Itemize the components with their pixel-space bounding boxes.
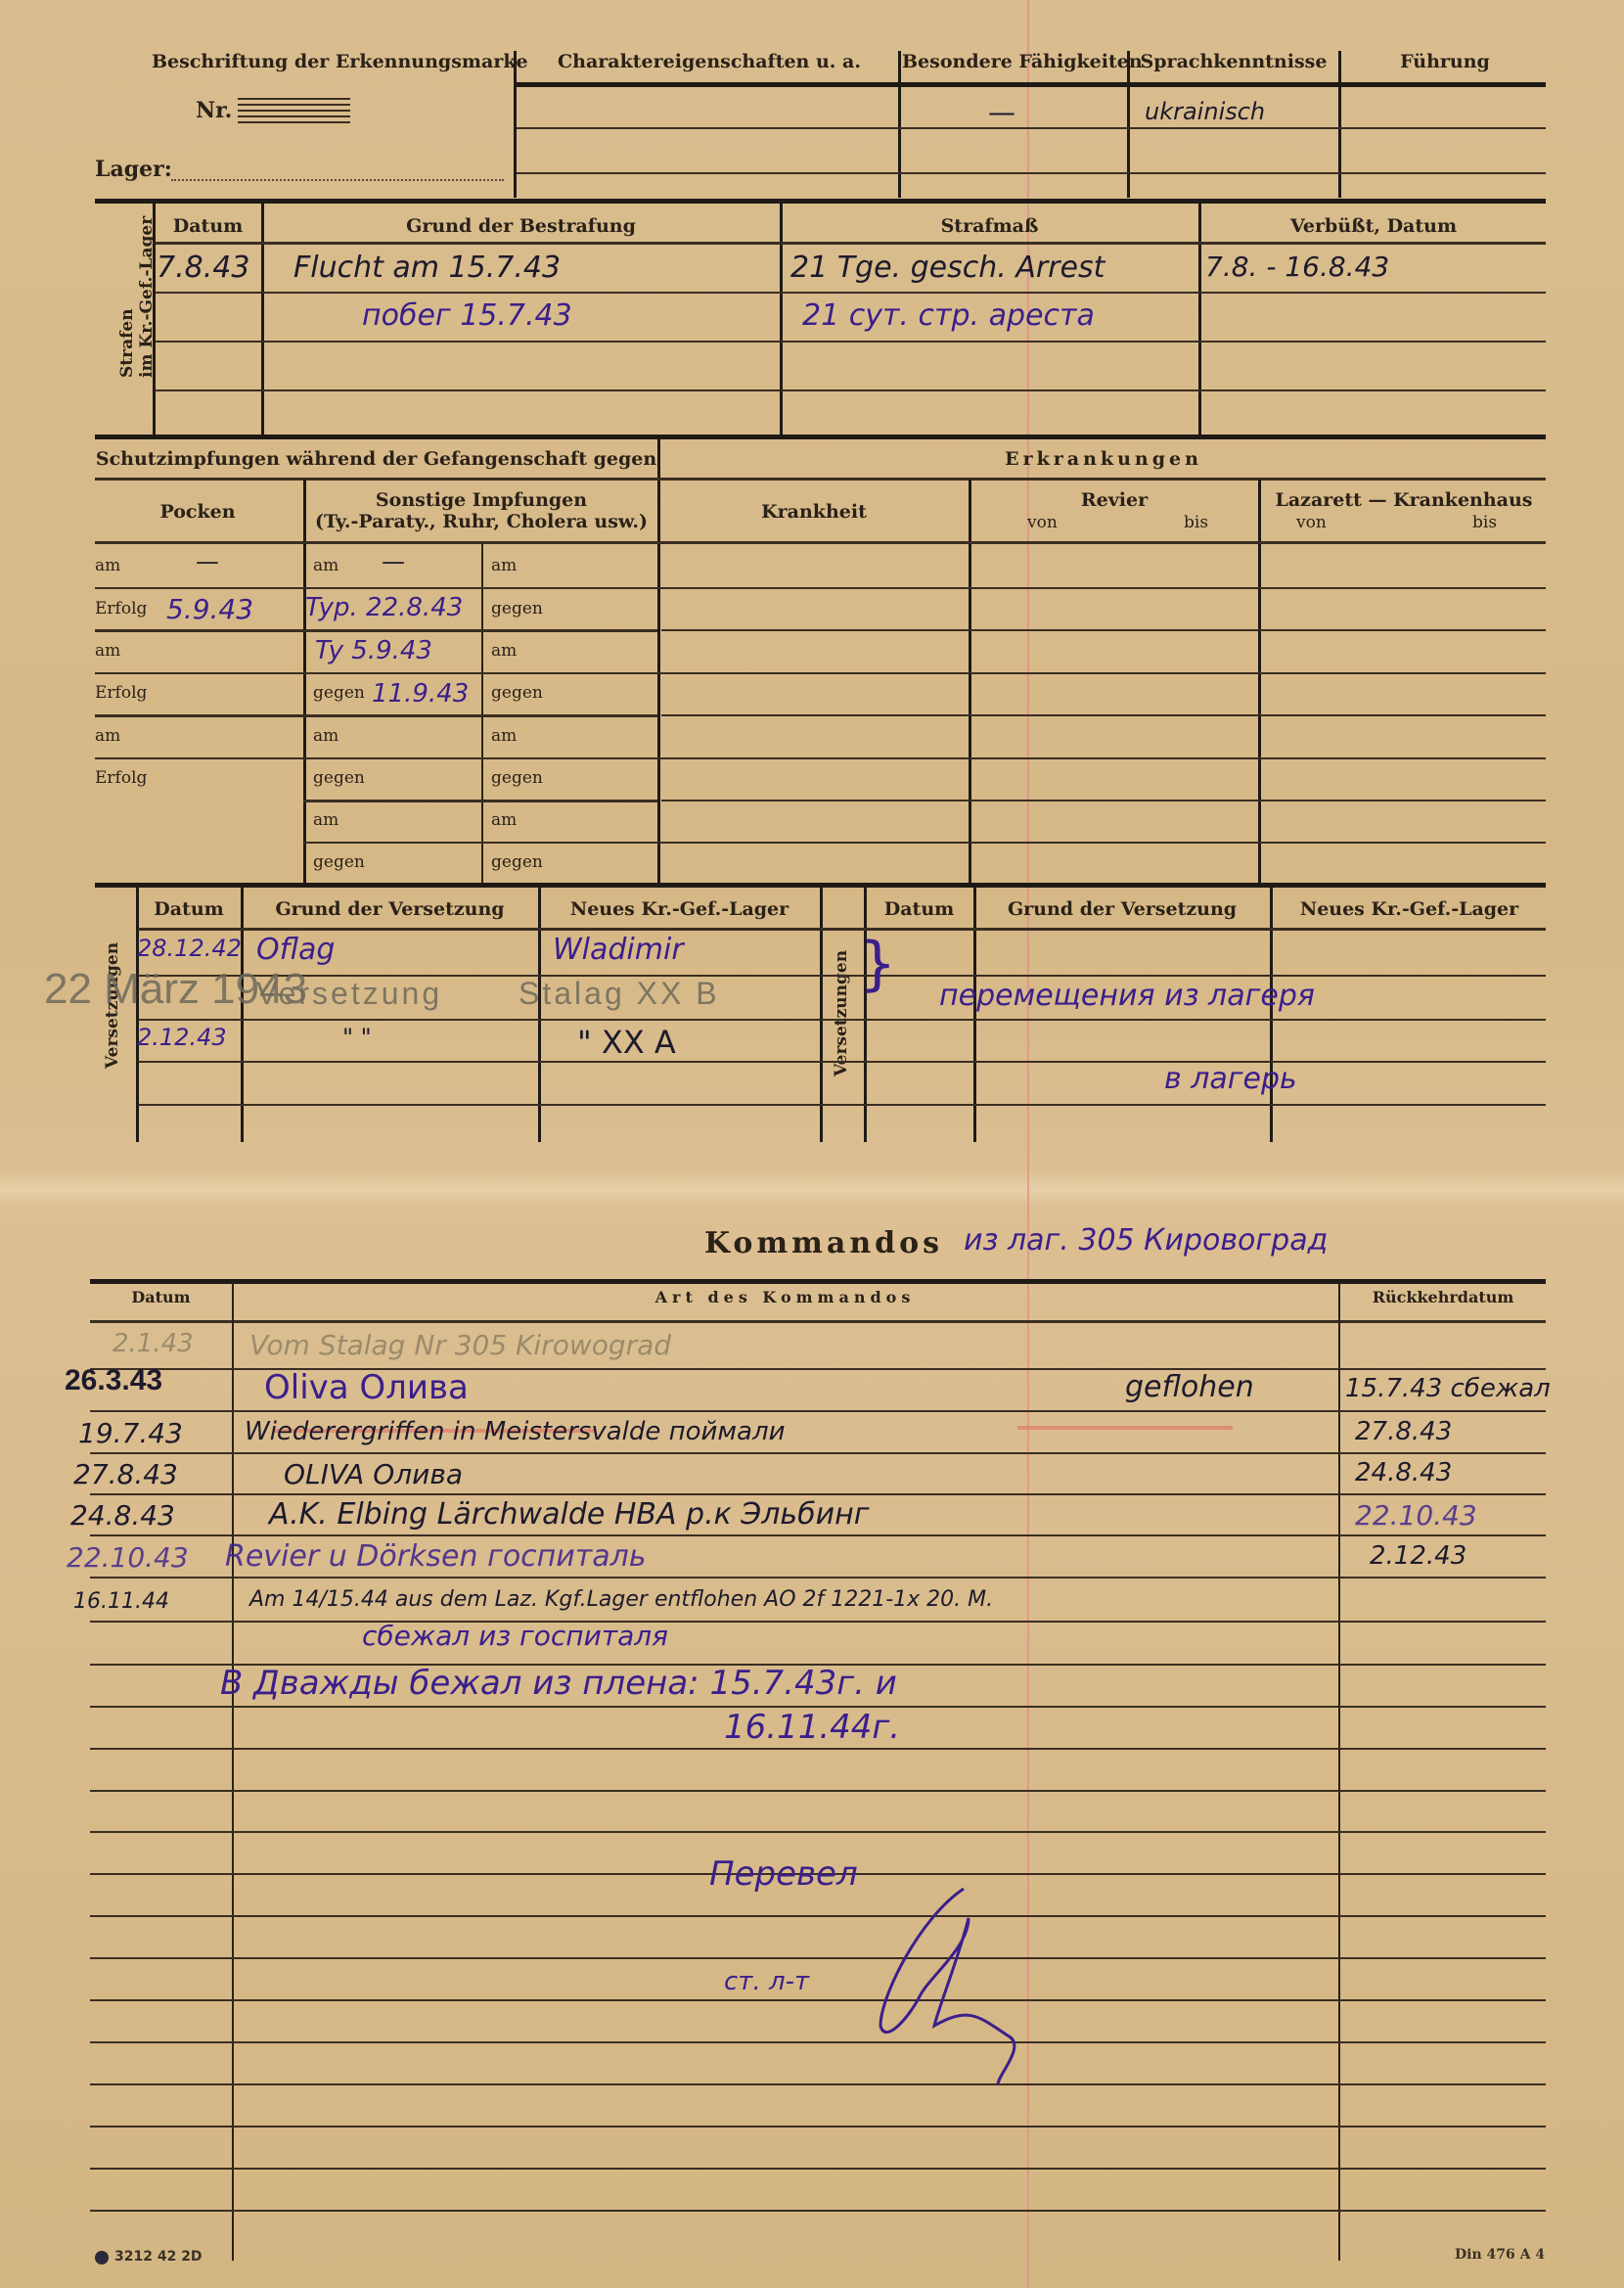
pocken-am-2: am (95, 641, 120, 661)
pocken-am-1-value: — (196, 548, 219, 575)
sonstige-b-gegen-1: gegen (491, 599, 543, 618)
lager-label: Lager: (95, 157, 172, 182)
sonstige-b-gegen-3: gegen (491, 768, 543, 788)
sonstige-a-gegen-3: gegen (313, 768, 365, 788)
col-besondere: Besondere Fähigkeiten (902, 51, 1127, 72)
erkrankungen-title: Erkrankungen (661, 448, 1546, 470)
nr-label: Nr. (196, 98, 232, 123)
sonstige-a-am-1: am (313, 556, 338, 575)
pocken-am-3: am (95, 726, 120, 746)
sonstige-a-am-2-value: Ty 5.9.43 (315, 636, 432, 665)
revier-von: von (1027, 513, 1058, 532)
vers-right-col-datum: Datum (867, 898, 971, 920)
versetzungen-side-label-right: Versetzungen (832, 939, 851, 1076)
lazarett-bis: bis (1472, 513, 1497, 532)
vers-left-col-datum: Datum (139, 898, 239, 920)
fold-crease (0, 1169, 1624, 1209)
printer-mark-icon (95, 2251, 109, 2265)
col-fuehrung: Führung (1342, 51, 1548, 72)
sonstige-b-am-3: am (491, 726, 517, 746)
sonstige-label-2: (Ty.-Paraty., Ruhr, Cholera usw.) (307, 511, 655, 532)
sprach-value: ukrainisch (1145, 98, 1265, 125)
krankheit-label: Krankheit (661, 501, 967, 523)
pocken-am-1: am (95, 556, 120, 575)
pocken-erfolg-3: Erfolg (95, 768, 147, 788)
strafen-col-grund: Grund der Bestrafung (264, 215, 778, 237)
lager-field (171, 179, 504, 181)
brace-mark: } (859, 930, 896, 998)
form-code: 3212 42 2D (114, 2249, 203, 2265)
vers-right-col-lager: Neues Kr.-Gef.-Lager (1273, 898, 1546, 920)
col-charakter: Charaktereigenschaften u. a. (519, 51, 900, 72)
sonstige-a-am-3: am (313, 726, 338, 746)
nr-lines (238, 98, 350, 123)
strafen-col-datum: Datum (157, 215, 259, 237)
signature-label-2: ст. л-т (724, 1967, 809, 1996)
kommandos-title-note: из лаг. 305 Кировоград (964, 1223, 1328, 1258)
strafen-side-label-1: Strafen (117, 241, 137, 378)
kommandos-title: Kommandos (704, 1226, 943, 1260)
pocken-label: Pocken (95, 501, 300, 523)
kommandos-col-datum: Datum (90, 1288, 232, 1306)
strafen-col-strafmass: Strafmaß (783, 215, 1196, 237)
lazarett-label: Lazarett — Krankenhaus (1262, 489, 1546, 511)
revier-bis: bis (1184, 513, 1208, 532)
pocken-erfolg-2: Erfolg (95, 683, 147, 703)
col-sprach: Sprachkenntnisse (1131, 51, 1336, 72)
sonstige-a-gegen-2: gegen (313, 683, 365, 703)
sonstige-a-gegen-2-value: 11.9.43 (372, 679, 469, 709)
signature-scribble (861, 1879, 1057, 2094)
sonstige-label-1: Sonstige Impfungen (307, 489, 655, 511)
sonstige-b-gegen-2: gegen (491, 683, 543, 703)
sonstige-a-gegen-1-value: Typ. 22.8.43 (305, 593, 463, 622)
signature-label-1: Перевел (709, 1854, 858, 1894)
date-stamp: 22 März 1943 (44, 965, 307, 1014)
form-standard: Din 476 A 4 (1455, 2247, 1545, 2263)
pocken-erfolg-1: Erfolg (95, 599, 147, 618)
sonstige-b-am-4: am (491, 810, 517, 830)
sonstige-a-am-1-value: — (382, 548, 405, 575)
sonstige-b-gegen-4: gegen (491, 852, 543, 872)
impfungen-title: Schutzimpfungen während der Gefangenscha… (95, 448, 657, 470)
pocken-erfolg-1-value: 5.9.43 (166, 593, 253, 625)
vers-left-col-lager: Neues Kr.-Gef.-Lager (541, 898, 818, 920)
sonstige-a-am-4: am (313, 810, 338, 830)
kommandos-col-art: Art des Kommandos (235, 1288, 1335, 1306)
sonstige-a-gegen-4: gegen (313, 852, 365, 872)
lazarett-von: von (1296, 513, 1327, 532)
sonstige-b-am-2: am (491, 641, 517, 661)
kommandos-col-rueckkehr: Rückkehrdatum (1340, 1288, 1546, 1306)
vers-right-note-2: в лагерь (1164, 1062, 1297, 1096)
sonstige-b-am-1: am (491, 556, 517, 575)
red-underline-2 (1017, 1426, 1233, 1430)
vers-right-col-grund: Grund der Versetzung (976, 898, 1268, 920)
revier-label: Revier (972, 489, 1256, 511)
besondere-value: — (988, 96, 1015, 128)
vers-left-col-grund: Grund der Versetzung (244, 898, 536, 920)
strafen-col-verbuesst: Verbüßt, Datum (1201, 215, 1546, 237)
vers-right-note-1: перемещения из лагеря (939, 979, 1315, 1013)
document-paper (0, 0, 1624, 2288)
tag-label: Beschriftung der Erkennungsmarke (152, 51, 528, 72)
